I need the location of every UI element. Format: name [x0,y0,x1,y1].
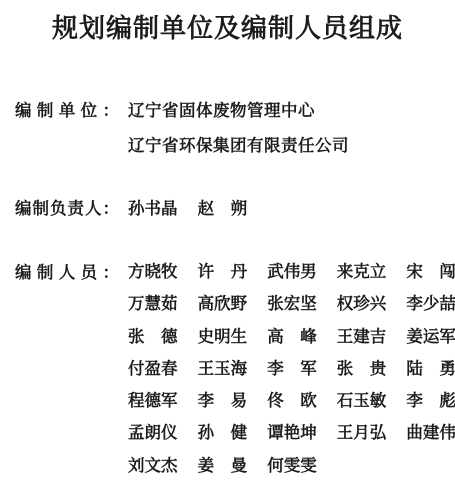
person-name: 付盈春 [128,353,178,385]
staff-row: 程德军 李 易 佟 欧 石玉敏 李 彪 [128,385,455,417]
staff-row: 刘文杰 姜 曼 何雯雯 [128,450,455,482]
staff-label: 编制人员： [15,256,119,291]
leaders-names: 孙书晶 赵 朔 [128,192,248,227]
person-name: 权珍兴 [337,288,387,320]
staff-row: 付盈春 王玉海 李 军 张 贵 陆 勇 [128,353,455,385]
page-title: 规划编制单位及编制人员组成 [0,0,455,45]
person-name: 许 丹 [198,256,248,288]
person-name: 万慧茹 [128,288,178,320]
unit-line: 辽宁省固体废物管理中心 [128,94,349,129]
person-name: 李 军 [267,353,317,385]
person-name: 李少喆 [406,288,455,320]
person-name: 佟 欧 [267,385,317,417]
person-name: 李 易 [198,385,248,417]
person-name: 宋 闯 [406,256,455,288]
person-name: 孙 健 [198,417,248,449]
staff-row: 张 德 史明生 高 峰 王建吉 姜运军 [128,321,455,353]
leaders-label: 编制负责人： [15,192,119,227]
unit-line: 辽宁省环保集团有限责任公司 [128,129,349,164]
section-staff: 编制人员： 方晓牧 许 丹 武伟男 来克立 宋 闯 万慧茹 高欣野 张宏坚 权珍… [15,256,445,482]
person-name: 何雯雯 [267,450,317,482]
unit-lines: 辽宁省固体废物管理中心 辽宁省环保集团有限责任公司 [128,94,349,164]
person-name: 来克立 [337,256,387,288]
person-name: 刘文杰 [128,450,178,482]
person-name: 姜 曼 [198,450,248,482]
person-name: 孟朗仪 [128,417,178,449]
person-name: 王月弘 [337,417,387,449]
person-name: 王玉海 [198,353,248,385]
person-name: 方晓牧 [128,256,178,288]
document-page: 规划编制单位及编制人员组成 编制单位： 辽宁省固体废物管理中心 辽宁省环保集团有… [0,0,455,486]
staff-row: 方晓牧 许 丹 武伟男 来克立 宋 闯 [128,256,455,288]
unit-label: 编制单位： [15,94,119,129]
leaders-row: 孙书晶 赵 朔 [128,192,248,227]
person-name: 姜运军 [406,321,455,353]
person-name: 陆 勇 [406,353,455,385]
person-name: 赵 朔 [198,192,248,227]
person-name: 王建吉 [337,321,387,353]
staff-row: 孟朗仪 孙 健 谭艳坤 王月弘 曲建伟 [128,417,455,449]
person-name: 高 峰 [267,321,317,353]
document-body: 编制单位： 辽宁省固体废物管理中心 辽宁省环保集团有限责任公司 编制负责人： 孙… [15,94,445,482]
person-name: 孙书晶 [128,192,178,227]
person-name: 曲建伟 [406,417,455,449]
person-name: 谭艳坤 [267,417,317,449]
person-name: 张宏坚 [267,288,317,320]
person-name: 高欣野 [198,288,248,320]
person-name: 张 贵 [337,353,387,385]
staff-row: 万慧茹 高欣野 张宏坚 权珍兴 李少喆 [128,288,455,320]
person-name: 史明生 [198,321,248,353]
person-name: 李 彪 [406,385,455,417]
section-leaders: 编制负责人： 孙书晶 赵 朔 [15,192,445,227]
section-compiling-unit: 编制单位： 辽宁省固体废物管理中心 辽宁省环保集团有限责任公司 [15,94,445,164]
person-name: 程德军 [128,385,178,417]
person-name: 石玉敏 [337,385,387,417]
person-name: 武伟男 [267,256,317,288]
person-name: 张 德 [128,321,178,353]
staff-names: 方晓牧 许 丹 武伟男 来克立 宋 闯 万慧茹 高欣野 张宏坚 权珍兴 李少喆 … [128,256,455,482]
